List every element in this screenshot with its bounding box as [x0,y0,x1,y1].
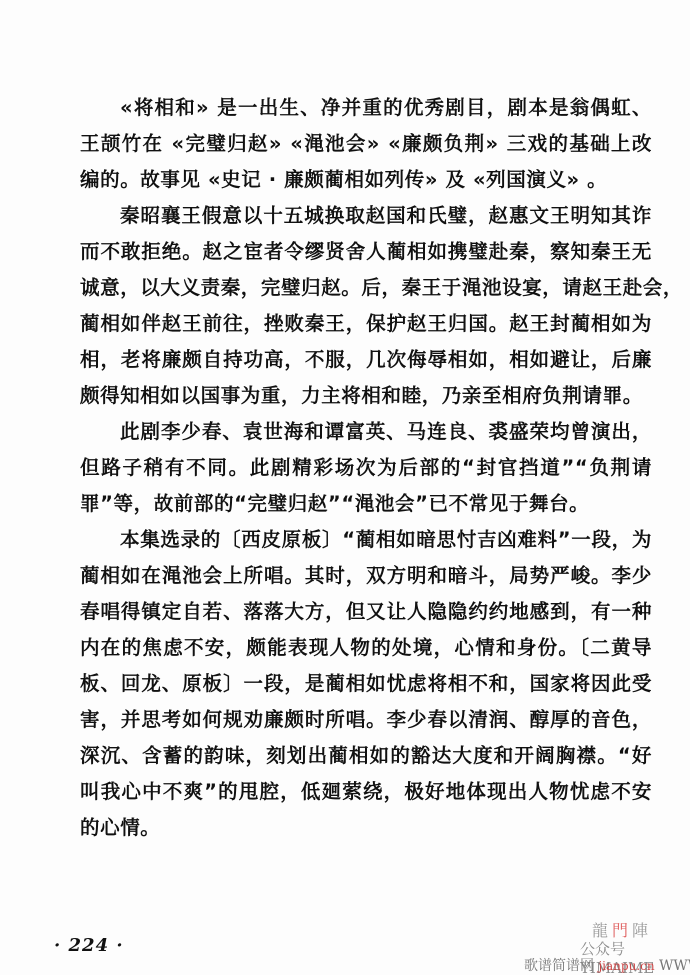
text-line: 编的。故事见 «史记 · 廉颇蔺相如列传» 及 «列国演义» 。 [80,162,652,198]
page-number: · 224 · [54,935,124,956]
text-line: 王颉竹在 «完璧归赵» «渑池会» «廉颇负荆» 三戏的基础上改 [80,126,652,162]
text-line: 的心情。 [80,810,652,846]
watermark-site: 歌谱简谱网 jianpu.cn WWW.2300A.NET [524,955,690,975]
text-line: 叫我心中不爽”的甩腔，低廻萦绕，极好地体现出人物忧虑不安 [80,774,652,810]
text-line: 但路子稍有不同。此剧精彩场次为后部的“封官挡道”“负荆请 [80,450,652,486]
watermark-site-domain: WWW.2300A.NET [659,958,690,974]
text-line: 蔺相如伴赵王前往，挫败秦王，保护赵王归国。赵王封蔺相如为 [80,306,652,342]
text-line: 深沉、含蓄的韵味，刻划出蔺相如的豁达大度和开阔胸襟。“好 [80,738,652,774]
text-line: 罪”等，故前部的“完璧归赵”“渑池会”已不常见于舞台。 [80,486,652,522]
text-line: 相，老将廉颇自持功高，不服，几次侮辱相如，相如避让，后廉 [80,342,652,378]
text-line: 蔺相如在渑池会上所唱。其时，双方明和暗斗，局势严峻。李少 [80,558,652,594]
text-line: 春唱得镇定自若、落落大方，但又让人隐隐约约地感到，有一种 [80,594,652,630]
text-line: 内在的焦虑不安，颇能表现人物的处境，心情和身份。〔二黄导 [80,630,652,666]
body-text: «将相和» 是一出生、净并重的优秀剧目，剧本是翁偶虹、 王颉竹在 «完璧归赵» … [80,90,652,846]
watermark-site-url: jianpu.cn [598,959,654,973]
text-line: 此剧李少春、袁世海和谭富英、马连良、裘盛荣均曾演出， [80,414,652,450]
watermark: 龍門陣 公众号YIMAIME 歌谱简谱网 jianpu.cn WWW.2300A… [560,918,690,975]
text-line: «将相和» 是一出生、净并重的优秀剧目，剧本是翁偶虹、 [80,90,652,126]
text-line: 而不敢拒绝。赵之宦者令缪贤舍人蔺相如携璧赴秦，察知秦王无 [80,234,652,270]
text-line: 颇得知相如以国事为重，力主将相和睦，乃亲至相府负荆请罪。 [80,378,652,414]
watermark-site-name: 歌谱简谱网 [524,958,594,974]
text-line: 板、回龙、原板〕一段，是蔺相如忧虑将相不和，国家将因此受 [80,666,652,702]
text-line: 秦昭襄王假意以十五城换取赵国和氏璧，赵惠文王明知其诈 [80,198,652,234]
text-line: 诚意，以大义责秦，完璧归赵。后，秦王于渑池设宴，请赵王赴会， [80,270,652,306]
text-line: 本集选录的〔西皮原板〕“蔺相如暗思忖吉凶难料”一段，为 [80,522,652,558]
document-page: «将相和» 是一出生、净并重的优秀剧目，剧本是翁偶虹、 王颉竹在 «完璧归赵» … [0,0,690,975]
text-line: 害，并思考如何规劝廉颇时所唱。李少春以清润、醇厚的音色， [80,702,652,738]
